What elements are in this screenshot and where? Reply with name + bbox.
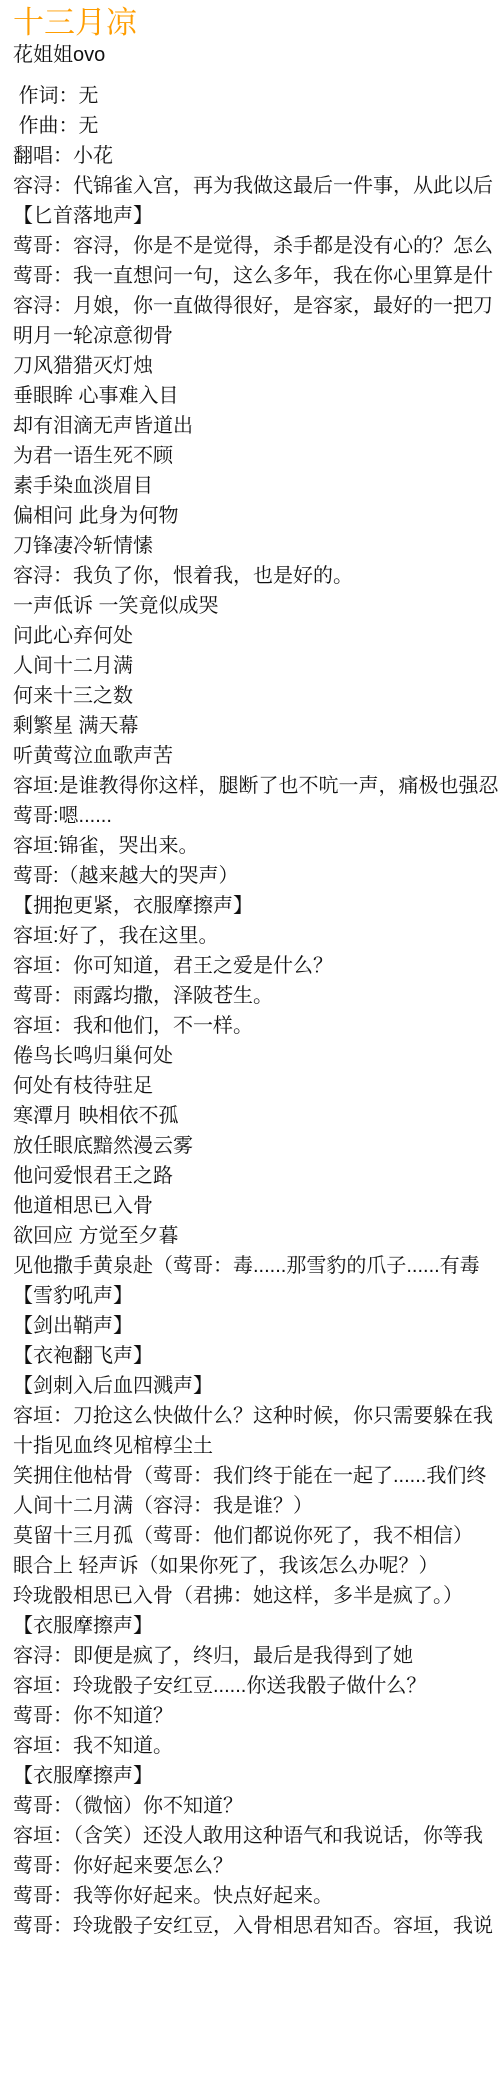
lyric-line: 十指见血终见棺椁尘土 [13, 1431, 500, 1461]
lyric-line: 容垣:锦雀，哭出来。 [13, 831, 500, 861]
lyric-line: 垂眼眸 心事难入目 [13, 381, 500, 411]
lyric-line: 人间十二月满（容浔：我是谁？） [13, 1491, 500, 1521]
lyric-line: 容浔：月娘，你一直做得很好，是容家，最好的一把刀 [13, 291, 500, 321]
lyric-line: 莺哥：你不知道？ [13, 1701, 500, 1731]
lyric-line: 放任眼底黯然漫云雾 [13, 1131, 500, 1161]
lyric-line: 容垣：我和他们，不一样。 [13, 1011, 500, 1041]
lyrics-page: 十三月凉 花姐姐ovo 作词：无 作曲：无翻唱：小花容浔：代锦雀入宫，再为我做这… [0, 0, 500, 1941]
lyric-line: 眼合上 轻声诉（如果你死了，我该怎么办呢？） [13, 1551, 500, 1581]
artist-name: 花姐姐ovo [13, 43, 500, 67]
lyric-line: 倦鸟长鸣归巢何处 [13, 1041, 500, 1071]
lyric-line: 欲回应 方觉至夕暮 [13, 1221, 500, 1251]
lyric-line: 笑拥住他枯骨（莺哥：我们终于能在一起了......我们终 [13, 1461, 500, 1491]
lyric-line: 莺哥：（微恼）你不知道？ [13, 1791, 500, 1821]
lyric-line: 何来十三之数 [13, 681, 500, 711]
lyric-line: 莺哥：你好起来要怎么？ [13, 1851, 500, 1881]
lyric-line: 问此心弃何处 [13, 621, 500, 651]
lyric-line: 人间十二月满 [13, 651, 500, 681]
lyric-line: 容垣:好了，我在这里。 [13, 921, 500, 951]
lyric-line: 寒潭月 映相依不孤 [13, 1101, 500, 1131]
lyric-line: 明月一轮凉意彻骨 [13, 321, 500, 351]
lyric-line: 玲珑骰相思已入骨（君拂：她这样，多半是疯了。） [13, 1581, 500, 1611]
lyric-line: 莺哥：我一直想问一句，这么多年，我在你心里算是什 [13, 261, 500, 291]
lyric-line: 翻唱：小花 [13, 141, 500, 171]
lyric-line: 一声低诉 一笑竟似成哭 [13, 591, 500, 621]
lyric-line: 素手染血淡眉目 [13, 471, 500, 501]
lyric-line: 却有泪滴无声皆道出 [13, 411, 500, 441]
lyric-line: 莺哥:（越来越大的哭声） [13, 861, 500, 891]
lyric-line: 容垣：玲珑骰子安红豆......你送我骰子做什么？ [13, 1671, 500, 1701]
lyric-line: 刀风猎猎灭灯烛 [13, 351, 500, 381]
lyric-line: 为君一语生死不顾 [13, 441, 500, 471]
lyric-line: 容浔：代锦雀入宫，再为我做这最后一件事，从此以后 [13, 171, 500, 201]
lyric-line: 何处有枝待驻足 [13, 1071, 500, 1101]
lyric-line: 容垣:是谁教得你这样，腿断了也不吭一声，痛极也强忍 [13, 771, 500, 801]
lyric-line: 【剑刺入后血四溅声】 [13, 1371, 500, 1401]
lyric-line: 【衣服摩擦声】 [13, 1611, 500, 1641]
lyric-line: 剩繁星 满天幕 [13, 711, 500, 741]
lyric-line: 容垣：刀抢这么快做什么？这种时候，你只需要躲在我 [13, 1401, 500, 1431]
lyric-line: 见他撒手黄泉赴（莺哥：毒......那雪豹的爪子......有毒 [13, 1251, 500, 1281]
lyric-line: 容垣：我不知道。 [13, 1731, 500, 1761]
lyric-line: 【剑出鞘声】 [13, 1311, 500, 1341]
lyric-line: 莺哥：雨露均撒，泽陂苍生。 [13, 981, 500, 1011]
song-title: 十三月凉 [13, 5, 500, 40]
lyric-line: 【匕首落地声】 [13, 201, 500, 231]
lyric-line: 作词：无 [13, 81, 500, 111]
lyric-line: 【衣袍翻飞声】 [13, 1341, 500, 1371]
lyric-line: 作曲：无 [13, 111, 500, 141]
lyric-line: 莺哥：容浔，你是不是觉得，杀手都是没有心的？怎么 [13, 231, 500, 261]
lyric-line: 偏相问 此身为何物 [13, 501, 500, 531]
lyric-line: 莺哥：我等你好起来。快点好起来。 [13, 1881, 500, 1911]
lyric-line: 容浔：我负了你，恨着我，也是好的。 [13, 561, 500, 591]
lyric-line: 容垣：你可知道，君王之爱是什么？ [13, 951, 500, 981]
lyric-line: 【雪豹吼声】 [13, 1281, 500, 1311]
lyric-line: 他道相思已入骨 [13, 1191, 500, 1221]
lyric-line: 听黄莺泣血歌声苦 [13, 741, 500, 771]
lyric-line: 莺哥:嗯...... [13, 801, 500, 831]
lyric-line: 莺哥：玲珑骰子安红豆，入骨相思君知否。容垣，我说 [13, 1911, 500, 1941]
lyric-line: 容浔：即便是疯了，终归，最后是我得到了她 [13, 1641, 500, 1671]
lyrics-container: 作词：无 作曲：无翻唱：小花容浔：代锦雀入宫，再为我做这最后一件事，从此以后【匕… [13, 81, 500, 1941]
lyric-line: 【衣服摩擦声】 [13, 1761, 500, 1791]
lyric-line: 【拥抱更紧，衣服摩擦声】 [13, 891, 500, 921]
lyric-line: 容垣：（含笑）还没人敢用这种语气和我说话，你等我 [13, 1821, 500, 1851]
lyric-line: 他问爱恨君王之路 [13, 1161, 500, 1191]
lyric-line: 莫留十三月孤（莺哥：他们都说你死了，我不相信） [13, 1521, 500, 1551]
lyric-line: 刀锋凄冷斩情愫 [13, 531, 500, 561]
